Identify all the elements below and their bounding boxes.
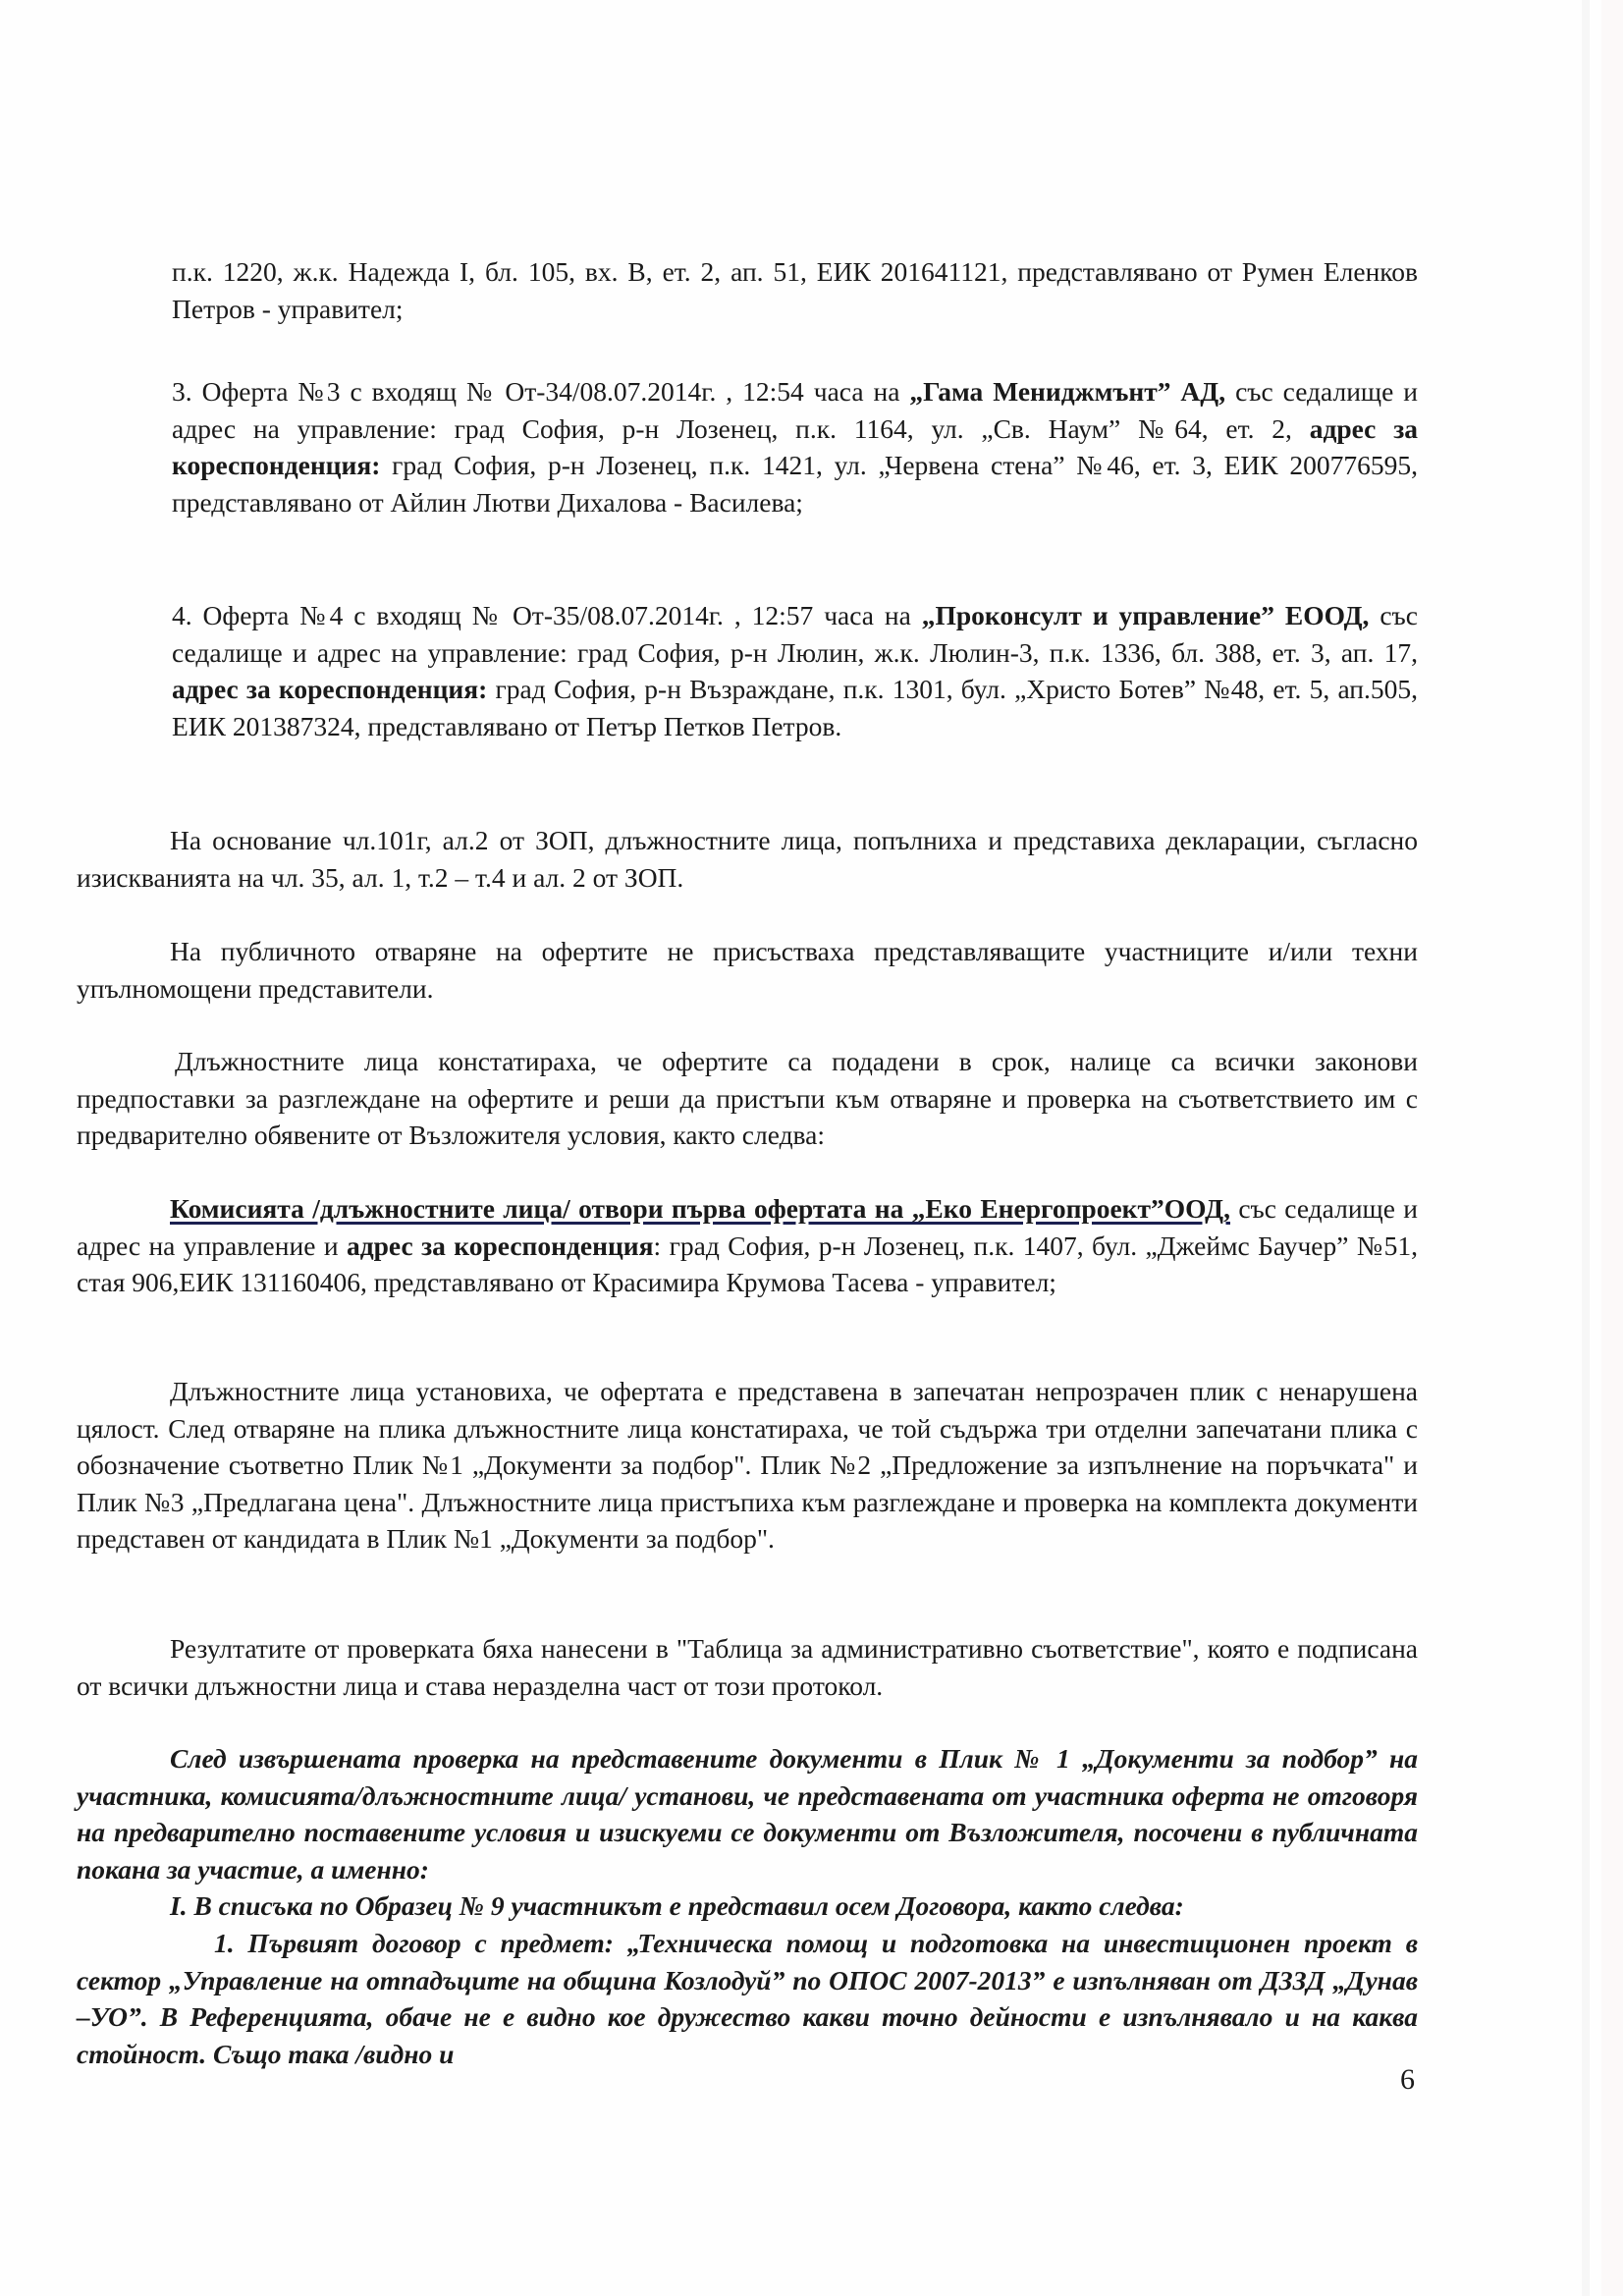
offer-4: 4. Оферта №4 с входящ № От-35/08.07.2014… (172, 597, 1418, 744)
scanner-edge-shadow (1582, 0, 1590, 2296)
scanned-page: п.к. 1220, ж.к. Надежда I, бл. 105, вх. … (0, 0, 1623, 2296)
offer-3-company: „Гама Мениджмънт” АД, (909, 376, 1225, 407)
offer-3: 3. Оферта №3 с входящ № От-34/08.07.2014… (172, 373, 1418, 520)
commission-opening-paragraph: Комисията /длъжностните лица/ отвори пър… (77, 1190, 1418, 1301)
page-number: 6 (1400, 2062, 1415, 2098)
list-intro: I. В списъка по Образец № 9 участникът е… (77, 1887, 1418, 1925)
offer-4-correspondence-label: адрес за кореспонденция: (172, 674, 487, 704)
declarations-paragraph: На основание чл.101г, ал.2 от ЗОП, длъжн… (77, 822, 1418, 896)
commission-correspondence-label: адрес за кореспонденция (347, 1230, 654, 1261)
results-paragraph: Резултатите от проверката бяха нанесени … (77, 1630, 1418, 1704)
offer-4-company: „Проконсулт и управление” ЕООД, (922, 600, 1370, 630)
envelope-paragraph: Длъжностните лица установиха, че офертат… (77, 1373, 1418, 1558)
offer-3-prefix: 3. Оферта №3 с входящ № От-34/08.07.2014… (172, 376, 909, 407)
officials-finding-paragraph: Длъжностните лица констатираха, че оферт… (77, 1043, 1418, 1154)
offer-2-continuation: п.к. 1220, ж.к. Надежда I, бл. 105, вх. … (172, 253, 1418, 327)
commission-heading: Комисията /длъжностните лица/ отвори пър… (170, 1193, 1230, 1224)
contract-item-1: 1. Първият договор с предмет: „Техническ… (77, 1925, 1418, 2072)
conclusion-paragraph: След извършената проверка на представени… (77, 1740, 1418, 1887)
public-opening-paragraph: На публичното отваряне на офертите не пр… (77, 933, 1418, 1007)
offer-4-prefix: 4. Оферта №4 с входящ № От-35/08.07.2014… (172, 600, 922, 630)
scanner-edge-shadow (1601, 0, 1623, 2296)
